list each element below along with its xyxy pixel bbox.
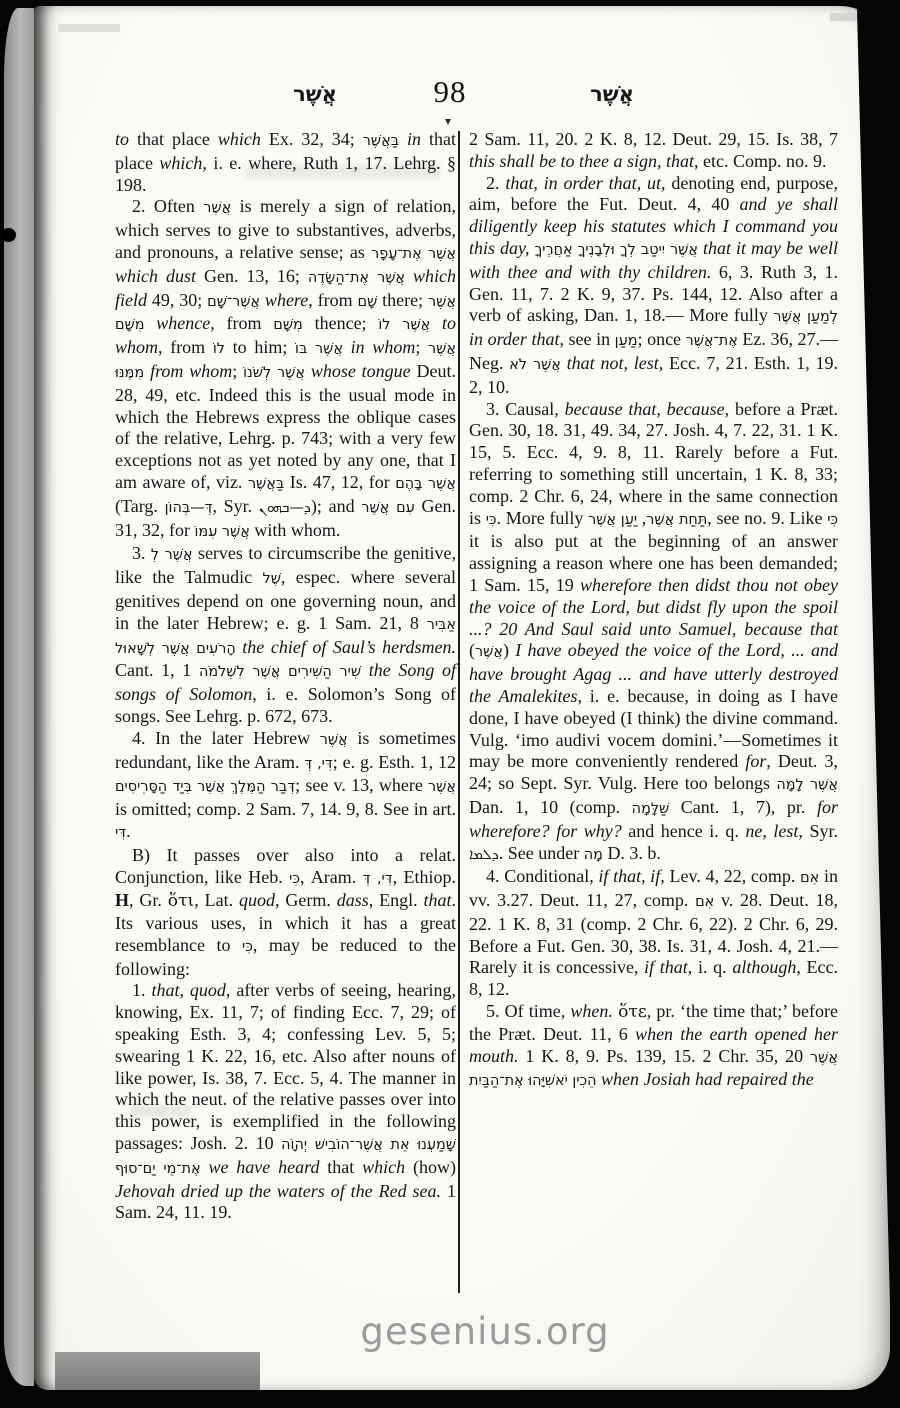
- text-run: Syr.: [803, 821, 838, 841]
- hebrew-text-run: אֲשֶׁר לוֹ: [378, 317, 430, 333]
- text-run: the chief of Saul’s herdsmen.: [236, 637, 456, 657]
- text-run: if that: [644, 957, 688, 977]
- text-run: with whom.: [250, 520, 341, 540]
- text-run: Lev. 4, 22, comp.: [665, 866, 800, 886]
- text-run: we have heard: [201, 1157, 320, 1177]
- text-run: ܕ—ܒܗܘܢ: [259, 500, 311, 516]
- text-run: 4. Conditional,: [486, 866, 598, 886]
- hebrew-text-run: דְּ—בְּהוֹן: [165, 500, 213, 516]
- paragraph: 2. Often אֲשֶׁר is merely a sign of rela…: [115, 196, 456, 543]
- text-run: is omitted; comp. 2 Sam. 7, 14. 9, 8. Se…: [115, 799, 456, 819]
- text-run: Ex. 32, 34;: [261, 129, 363, 149]
- paragraph: 5. Of time, when. ὅτε, pr. ‘the time tha…: [469, 1001, 838, 1093]
- ink-spot: [1, 228, 16, 242]
- text-run: etc. Comp. no. 9.: [699, 151, 827, 171]
- text-run: ;: [232, 361, 243, 381]
- text-run: D. 3. b.: [603, 843, 661, 863]
- text-run: , see no. 9. Like: [707, 508, 827, 528]
- text-run: ; see v. 13, where: [295, 775, 428, 795]
- text-run: (how): [405, 1157, 456, 1177]
- text-run: this shall be to thee a sign, that,: [469, 151, 699, 171]
- paragraph: 4. Conditional, if that, if, Lev. 4, 22,…: [469, 866, 838, 1001]
- text-run: which: [159, 153, 202, 173]
- text-run: where: [260, 290, 308, 310]
- text-run: because that, because,: [565, 399, 730, 419]
- hebrew-text-run: כִּי: [289, 871, 300, 887]
- text-run: that: [319, 1157, 362, 1177]
- hebrew-text-run: מָה: [584, 847, 603, 863]
- text-run: ): [503, 640, 515, 660]
- hebrew-text-run: כִּי: [242, 939, 253, 955]
- paragraph: 4. In the later Hebrew אֲשֶׁר is sometim…: [115, 728, 456, 845]
- text-run: to him;: [225, 337, 295, 357]
- scan-artifact: [58, 24, 120, 32]
- hebrew-text-run: אֲשֶׁר אֶת־עָפָר: [371, 246, 456, 262]
- text-run: Gen. 13, 16;: [196, 266, 308, 286]
- hebrew-text-run: אֲשֶׁר יִיטַב לְךָ וּלְבָנֶיךָ אַחֲרֶיךָ: [535, 242, 698, 258]
- hebrew-text-run: מִשָּׁם: [273, 317, 303, 333]
- hebrew-text-run: עִם אֲשֶׁר: [361, 500, 414, 516]
- text-run: ὅτε: [618, 1002, 647, 1022]
- hebrew-text-run: שַׁלָּמָה: [632, 801, 670, 817]
- text-run: ); and: [311, 496, 361, 516]
- text-run: in whom: [343, 337, 415, 357]
- text-run: ; e. g. Esth. 1, 12: [333, 752, 456, 772]
- text-run: quod: [239, 890, 275, 910]
- hebrew-text-run: בַּאֲשֶׁר: [363, 133, 399, 149]
- paragraph: 2. that, in order that, ut, denoting end…: [469, 173, 838, 399]
- text-run: , from: [308, 290, 357, 310]
- text-run: 5. Of time,: [486, 1001, 570, 1021]
- text-run: (Targ.: [115, 496, 165, 516]
- text-run: , Engl.: [369, 890, 424, 910]
- text-run: when Josiah had repaired the: [597, 1069, 814, 1089]
- text-run: that: [424, 890, 452, 910]
- text-run: 3.: [132, 543, 151, 563]
- facing-page-edge: [4, 8, 34, 1386]
- text-run: ne, lest,: [745, 821, 803, 841]
- text-run: if that, if,: [598, 866, 664, 886]
- paragraph: to that place which Ex. 32, 34; בַּאֲשֶׁ…: [115, 129, 456, 196]
- hebrew-text-run: אֲשֶׁר אֶת־הַשָּׂדֶה: [308, 270, 405, 286]
- text-run: 3. Causal,: [486, 399, 565, 419]
- hebrew-text-run: מַעַן: [615, 333, 638, 349]
- text-run: when.: [570, 1001, 613, 1021]
- text-run: , see in: [559, 329, 614, 349]
- hebrew-text-run: אֶת־אֲשֶׁר: [686, 333, 738, 349]
- text-run: although: [732, 957, 796, 977]
- text-run: Cant. 1, 1: [115, 660, 199, 680]
- hebrew-text-run: כִּי: [827, 512, 838, 528]
- text-run: that place: [129, 129, 218, 149]
- watermark: gesenius.org: [70, 1310, 900, 1353]
- paragraph: 3. Causal, because that, because, before…: [469, 399, 838, 867]
- text-run: Dan. 1, 10 (comp.: [469, 797, 632, 817]
- text-run: , Gr.: [129, 890, 168, 910]
- hebrew-text-run: אֲשֶׁר: [428, 779, 456, 795]
- text-run: 2.: [486, 173, 505, 193]
- paragraph: B) It passes over also into a relat. Con…: [115, 845, 456, 981]
- text-run: 1.: [132, 980, 151, 1000]
- text-run: there;: [377, 290, 428, 310]
- text-run: ܕܠܡܐ: [469, 847, 499, 863]
- text-run: 1 K. 8, 9. Ps. 139, 15. 2 Chr. 35, 20: [519, 1046, 811, 1066]
- hebrew-text-run: בַּאֲשֶׁר: [248, 476, 284, 492]
- text-run: that, quod,: [151, 980, 230, 1000]
- text-run: which: [362, 1157, 405, 1177]
- text-run: , Ethiop.: [393, 867, 456, 887]
- hebrew-text-run: לְמַעַן אֲשֶׁר: [773, 309, 838, 325]
- text-run: thence;: [303, 313, 379, 333]
- hebrew-text-run: אֲשֶׁר בָּהֶם: [395, 476, 456, 492]
- header-hebrew-left: אֲשֶׁר: [245, 82, 385, 106]
- text-run: from whom: [144, 361, 232, 381]
- text-run: for: [745, 751, 766, 771]
- column-left: to that place which Ex. 32, 34; בַּאֲשֶׁ…: [115, 129, 456, 1224]
- text-run: dass: [337, 890, 369, 910]
- hebrew-text-run: אֲשֶׁר לְ: [151, 547, 193, 563]
- hebrew-text-run: אִם: [800, 870, 819, 886]
- hebrew-text-run: כִּי: [486, 512, 497, 528]
- paragraph: 3. אֲשֶׁר לְ serves to circumscribe the …: [115, 543, 456, 727]
- text-run: in: [399, 129, 421, 149]
- text-run: 2. Often: [132, 196, 203, 216]
- text-run: whose tongue: [305, 361, 411, 381]
- scanned-book-page-background: { "page": { "colors": { "background": "#…: [0, 0, 900, 1408]
- text-run: .: [126, 821, 131, 841]
- hebrew-text-run: דְּבַר הַמֶּלֶךְ אֲשֶׁר בְּיַד הַסָּרִיס…: [115, 779, 295, 795]
- text-run: which dust: [115, 266, 196, 286]
- hebrew-text-run: אִם: [695, 894, 714, 910]
- text-run: in order that: [469, 329, 559, 349]
- page-number: 98: [398, 74, 502, 110]
- hebrew-text-run: אֲשֶׁר־שָׁם: [207, 294, 260, 310]
- column-right: 2 Sam. 11, 20. 2 K. 8, 12. Deut. 29, 15.…: [469, 129, 838, 1093]
- paragraph: 1. that, quod, after verbs of seeing, he…: [115, 980, 456, 1224]
- text-run: ; once: [638, 329, 686, 349]
- text-run: Is. 47, 12, for: [284, 472, 395, 492]
- hebrew-text-run: אֲשֶׁר לָמָּה: [776, 777, 838, 793]
- hebrew-text-run: אֲשֶׁר בּוֹ: [295, 341, 343, 357]
- hebrew-text-run: אֲשֶׁר לֹא: [509, 357, 561, 373]
- text-run: , from: [210, 313, 273, 333]
- paragraph: 2 Sam. 11, 20. 2 K. 8, 12. Deut. 29, 15.…: [469, 129, 838, 173]
- hebrew-text-run: שָׁם: [358, 294, 378, 310]
- hebrew-text-run: לוֹ: [213, 341, 225, 357]
- scan-artifact: [830, 13, 857, 21]
- text-run: 49, 30;: [147, 290, 207, 310]
- column-divider-rule: [458, 131, 460, 1293]
- text-run: , Germ.: [275, 890, 337, 910]
- text-run: to: [115, 129, 129, 149]
- text-run: whence: [145, 313, 211, 333]
- hebrew-text-run: אֲשֶׁר: [320, 732, 348, 748]
- text-run: ὅτι: [168, 891, 194, 911]
- text-run: Cant. 1, 7), pr.: [669, 797, 817, 817]
- hebrew-text-run: יַעַן אֲשֶׁר: [588, 512, 637, 528]
- text-run: , Lat.: [194, 890, 239, 910]
- hebrew-text-run: אֲשֶׁר: [203, 200, 231, 216]
- page-number-ornament: [445, 119, 451, 125]
- text-run: . More fully: [497, 508, 589, 528]
- text-run: , Syr.: [212, 496, 258, 516]
- header-hebrew-right: אֲשֶׁר: [542, 82, 682, 106]
- text-run: , from: [158, 337, 213, 357]
- hebrew-text-run: תַּחַת אֲשֶׁר: [646, 512, 707, 528]
- text-run: and hence i. q.: [622, 821, 746, 841]
- text-run: ;: [415, 337, 428, 357]
- text-run: after verbs of seeing, hearing, knowing,…: [115, 980, 456, 1153]
- text-run: that not, lest,: [561, 353, 663, 373]
- hebrew-text-run: דִּי, דְּ: [304, 756, 332, 772]
- text-run: 4. In the later Hebrew: [132, 728, 320, 748]
- hebrew-text-run: דִּי: [115, 825, 126, 841]
- text-run: , Aram.: [300, 867, 363, 887]
- hebrew-text-run: אֲשֶׁר לְשֹׁנוֹ: [243, 365, 305, 381]
- hebrew-text-run: דִּי, דְּ: [363, 871, 393, 887]
- text-run: , i. q.: [688, 957, 733, 977]
- hebrew-text-run: שִׁיר הַשִּׁירִים אֲשֶׁר לִשְׁלֹמֹה: [199, 664, 361, 680]
- hebrew-text-run: אֲשֶׁר עִמּוֹ: [195, 524, 250, 540]
- hebrew-text-run: שֶׁל: [263, 571, 281, 587]
- scan-bottom-left-patch: [55, 1352, 260, 1390]
- text-run: which: [218, 129, 261, 149]
- text-run: Jehovah dried up the waters of the Red s…: [115, 1181, 441, 1201]
- text-run: ,: [637, 508, 646, 528]
- text-run: . See under: [499, 843, 584, 863]
- text-run: 2 Sam. 11, 20. 2 K. 8, 12. Deut. 29, 15.…: [469, 129, 838, 149]
- text-run: that, in order that, ut,: [505, 173, 665, 193]
- text-run: H: [115, 890, 129, 910]
- hebrew-text-run: אֲשֶׁר: [475, 644, 503, 660]
